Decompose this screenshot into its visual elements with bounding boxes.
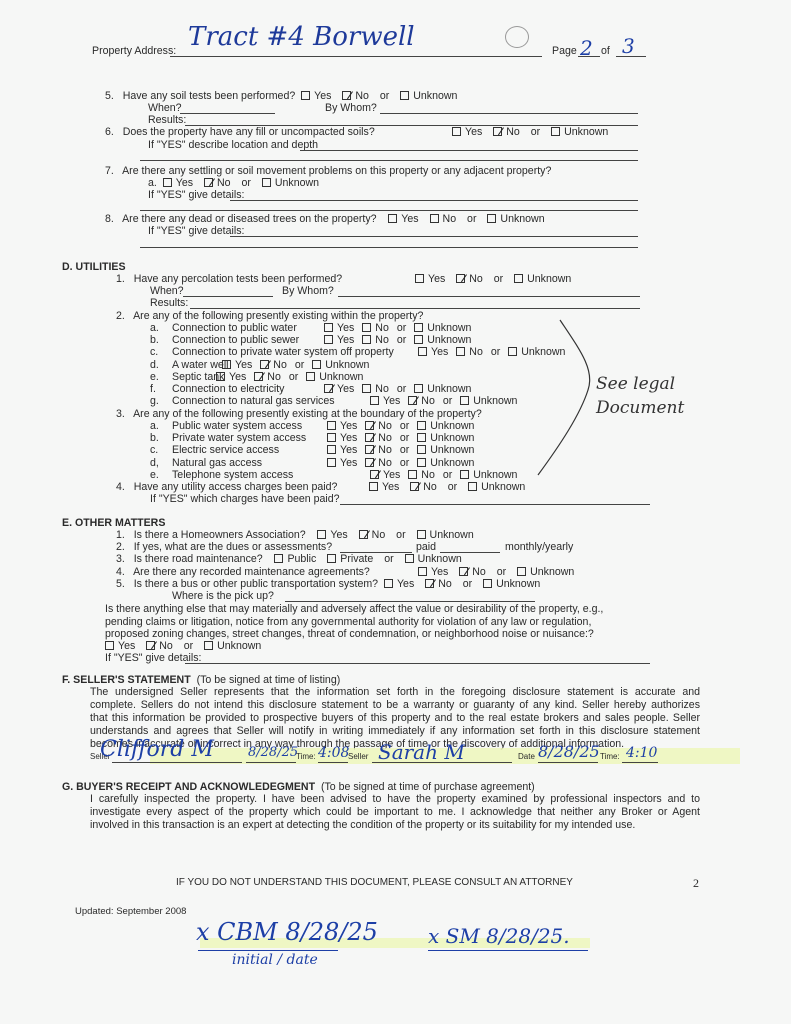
other-q3: 3. Is there road maintenance? Public Pri… [116, 553, 462, 565]
utility-item: b.Connection to public sewer [150, 334, 299, 346]
utility-item: e.Telephone system access [150, 469, 293, 481]
utility-item-options: YesNoorUnknown [327, 457, 474, 469]
checkbox-unknown[interactable] [487, 214, 496, 223]
soil-q7-detail-field[interactable] [230, 200, 638, 201]
page-current[interactable]: 2 [580, 36, 593, 60]
utilities-q1-results-field[interactable] [190, 308, 640, 309]
period-label: monthly/yearly [505, 541, 573, 553]
checkbox-no[interactable] [254, 372, 263, 381]
utilities-q1-results-label: Results: [150, 297, 188, 309]
disclosure-page: Property Address: Tract #4 Borwell Page … [0, 0, 791, 1024]
seller-time-2[interactable]: 4:10 [626, 745, 657, 761]
checkbox-yes[interactable] [324, 384, 333, 393]
soil-q8-detail-field-2[interactable] [140, 247, 638, 248]
utilities-q4-detail-field[interactable] [340, 504, 650, 505]
page-label: Page [552, 45, 577, 57]
seller-label-2: Seller [348, 752, 368, 761]
checkbox-no[interactable] [362, 323, 371, 332]
punch-hole [505, 26, 529, 48]
property-address-line [170, 56, 542, 57]
utility-item-options: YesNoorUnknown [327, 432, 474, 444]
other-q5: 5. Is there a bus or other public transp… [116, 578, 540, 590]
property-address-value[interactable]: Tract #4 Borwell [188, 22, 415, 52]
soil-q7: 7. Are there any settling or soil moveme… [105, 165, 551, 177]
checkbox-yes[interactable] [222, 360, 231, 369]
checkbox-no[interactable] [408, 470, 417, 479]
checkbox-unknown[interactable] [312, 360, 321, 369]
general-detail-field[interactable] [185, 663, 650, 664]
utility-item-options: YesNoorUnknown [324, 334, 471, 346]
checkbox-unknown[interactable] [468, 482, 477, 491]
utility-item: a.Public water system access [150, 420, 302, 432]
pickup-label: Where is the pick up? [172, 590, 274, 602]
utility-item: a.Connection to public water [150, 322, 297, 334]
soil-q5-when-field[interactable] [180, 113, 275, 114]
seller-date-2[interactable]: 8/28/25 [538, 742, 600, 761]
checkbox-no[interactable] [146, 641, 155, 650]
checkbox-unknown[interactable] [483, 579, 492, 588]
soil-q8: 8. Are there any dead or diseased trees … [105, 213, 545, 225]
attorney-warning: IF YOU DO NOT UNDERSTAND THIS DOCUMENT, … [176, 877, 573, 888]
checkbox-yes[interactable] [369, 482, 378, 491]
checkbox-unknown[interactable] [306, 372, 315, 381]
soil-q7-detail-field-2[interactable] [140, 210, 638, 211]
other-q4-options: Yes No or Unknown [418, 566, 574, 578]
soil-q5-results-label: Results: [148, 114, 186, 126]
checkbox-yes[interactable] [301, 91, 310, 100]
utility-item: d.A water well [150, 359, 229, 371]
seller-note: (To be signed at time of listing) [197, 674, 341, 686]
checkbox-private[interactable] [327, 554, 336, 563]
utilities-q1-bywhom-label: By Whom? [282, 285, 334, 297]
checkbox-yes[interactable] [324, 323, 333, 332]
checkbox-unknown[interactable] [414, 384, 423, 393]
see-legal-document-note: See legal Document [596, 372, 726, 420]
other-q4: 4. Are there any recorded maintenance ag… [116, 566, 370, 578]
checkbox-unknown[interactable] [417, 421, 426, 430]
page-total[interactable]: 3 [622, 34, 635, 58]
checkbox-unknown[interactable] [460, 396, 469, 405]
utility-item-options: YesNoorUnknown [327, 420, 474, 432]
buyer-note: (To be signed at time of purchase agreem… [321, 781, 535, 793]
soil-q8-detail-field[interactable] [230, 236, 638, 237]
utilities-q2: 2. Are any of the following presently ex… [116, 310, 423, 322]
checkbox-unknown[interactable] [514, 274, 523, 283]
checkbox-yes[interactable] [384, 579, 393, 588]
of-label: of [601, 45, 610, 57]
checkbox-no[interactable] [456, 274, 465, 283]
checkbox-unknown[interactable] [551, 127, 560, 136]
checkbox-yes[interactable] [327, 421, 336, 430]
initials-caption: initial / date [232, 952, 318, 968]
other-q2: 2. If yes, what are the dues or assessme… [116, 541, 332, 553]
utility-item: d,Natural gas access [150, 457, 262, 469]
checkbox-unknown[interactable] [517, 567, 526, 576]
utility-item-options: YesNoorUnknown [324, 322, 471, 334]
checkbox-yes[interactable] [105, 641, 114, 650]
checkbox-no[interactable] [362, 384, 371, 393]
checkbox-no[interactable] [365, 445, 374, 454]
utilities-q1: 1. Have any percolation tests been perfo… [116, 273, 342, 285]
checkbox-no[interactable] [342, 91, 351, 100]
checkbox-yes[interactable] [327, 445, 336, 454]
checkbox-unknown[interactable] [414, 323, 423, 332]
soil-q6-detail-field[interactable] [300, 150, 638, 151]
checkbox-no[interactable] [459, 567, 468, 576]
utility-item-options: YesNoorUnknown [216, 371, 363, 383]
checkbox-unknown[interactable] [405, 554, 414, 563]
utilities-q1-when-field[interactable] [183, 296, 273, 297]
checkbox-no[interactable] [365, 458, 374, 467]
checkbox-no[interactable] [362, 335, 371, 344]
checkbox-no[interactable] [493, 127, 502, 136]
utilities-q1-bywhom-field[interactable] [338, 296, 640, 297]
buyer-heading-row: G. BUYER'S RECEIPT AND ACKNOWLEDEGMENT (… [62, 781, 535, 793]
utilities-q4: 4. Have any utility access charges been … [116, 481, 337, 493]
checkbox-no[interactable] [430, 214, 439, 223]
checkbox-public[interactable] [274, 554, 283, 563]
checkbox-unknown[interactable] [417, 445, 426, 454]
page-number: 2 [693, 876, 699, 891]
checkbox-yes[interactable] [324, 335, 333, 344]
initials-2[interactable]: x SM 8/28/25. [428, 924, 570, 948]
other-heading: E. OTHER MATTERS [62, 517, 165, 529]
soil-q5-when-label: When? [148, 102, 182, 114]
other-q1: 1. Is there a Homeowners Association? Ye… [116, 529, 474, 541]
utility-item-options: YesNoorUnknown [222, 359, 369, 371]
utility-item-options: YesNoorUnknown [327, 444, 474, 456]
checkbox-unknown[interactable] [400, 91, 409, 100]
checkbox-unknown[interactable] [414, 335, 423, 344]
checkbox-no[interactable] [359, 530, 368, 539]
other-general-question: Is there anything else that may material… [105, 603, 603, 641]
checkbox-unknown[interactable] [460, 470, 469, 479]
property-address-label: Property Address: [92, 45, 176, 57]
utility-item-options: YesNoorUnknown [370, 469, 517, 481]
checkbox-yes[interactable] [216, 372, 225, 381]
time-label-1: Time: [296, 752, 316, 761]
updated-date: Updated: September 2008 [75, 906, 186, 917]
soil-q7-options: a. Yes No or Unknown [148, 177, 319, 189]
checkbox-yes[interactable] [388, 214, 397, 223]
soil-q6-detail-label: If "YES" describe location and depth [148, 139, 318, 151]
soil-q5-bywhom-label: By Whom? [325, 102, 377, 114]
utilities-q4-detail-label: If "YES" which charges have been paid? [150, 493, 340, 505]
utility-item: c.Electric service access [150, 444, 279, 456]
paid-label: paid [416, 541, 436, 553]
initials-1[interactable]: x CBM 8/28/25 [196, 918, 378, 946]
soil-q5-bywhom-field[interactable] [380, 113, 638, 114]
checkbox-yes[interactable] [370, 470, 379, 479]
checkbox-no[interactable] [410, 482, 419, 491]
checkbox-no[interactable] [408, 396, 417, 405]
checkbox-unknown[interactable] [417, 458, 426, 467]
pickup-field[interactable] [285, 601, 535, 602]
checkbox-no[interactable] [204, 178, 213, 187]
checkbox-yes[interactable] [327, 458, 336, 467]
soil-q6-options: Yes No or Unknown [452, 126, 608, 138]
utilities-q3: 3. Are any of the following presently ex… [116, 408, 482, 420]
utility-item: e.Septic tank [150, 371, 224, 383]
seller-time-1[interactable]: 4:08 [318, 745, 349, 761]
utilities-q1-when-label: When? [150, 285, 184, 297]
checkbox-yes[interactable] [370, 396, 379, 405]
utility-item: c.Connection to private water system off… [150, 346, 394, 358]
buyer-statement-text: I carefully inspected the property. I ha… [90, 793, 700, 832]
checkbox-yes[interactable] [317, 530, 326, 539]
time-label-2: Time: [600, 752, 620, 761]
utility-item: b.Private water system access [150, 432, 306, 444]
checkbox-unknown[interactable] [262, 178, 271, 187]
seller-signature-2[interactable]: Sarah M [378, 740, 465, 764]
checkbox-yes[interactable] [418, 567, 427, 576]
other-general-options: Yes No or Unknown [105, 640, 261, 652]
seller-signature-1[interactable]: Clifford M [100, 737, 214, 762]
utility-item: g.Connection to natural gas services [150, 395, 335, 407]
checkbox-no[interactable] [260, 360, 269, 369]
utilities-q1-options: Yes No or Unknown [415, 273, 571, 285]
checkbox-yes[interactable] [418, 347, 427, 356]
checkbox-yes[interactable] [452, 127, 461, 136]
date-label-2: Date [518, 752, 535, 761]
utility-item-options: YesNoorUnknown [370, 395, 517, 407]
checkbox-no[interactable] [456, 347, 465, 356]
checkbox-unknown[interactable] [417, 433, 426, 442]
soil-q6-detail-field-2[interactable] [140, 160, 638, 161]
checkbox-no[interactable] [425, 579, 434, 588]
seller-date-1[interactable]: 8/28/25 [248, 745, 298, 760]
soil-q5: 5. Have any soil tests been performed? Y… [105, 90, 457, 102]
seller-heading: F. SELLER'S STATEMENT [62, 674, 191, 686]
buyer-heading: G. BUYER'S RECEIPT AND ACKNOWLEDEGMENT [62, 781, 315, 793]
checkbox-unknown[interactable] [204, 641, 213, 650]
checkbox-yes[interactable] [163, 178, 172, 187]
checkbox-unknown[interactable] [417, 530, 426, 539]
checkbox-yes[interactable] [327, 433, 336, 442]
utility-item: f.Connection to electricity [150, 383, 284, 395]
checkbox-yes[interactable] [415, 274, 424, 283]
utilities-heading: D. UTILITIES [62, 261, 126, 273]
soil-q6: 6. Does the property have any fill or un… [105, 126, 375, 138]
seller-heading-row: F. SELLER'S STATEMENT (To be signed at t… [62, 674, 340, 686]
utility-item-options: YesNoorUnknown [324, 383, 471, 395]
